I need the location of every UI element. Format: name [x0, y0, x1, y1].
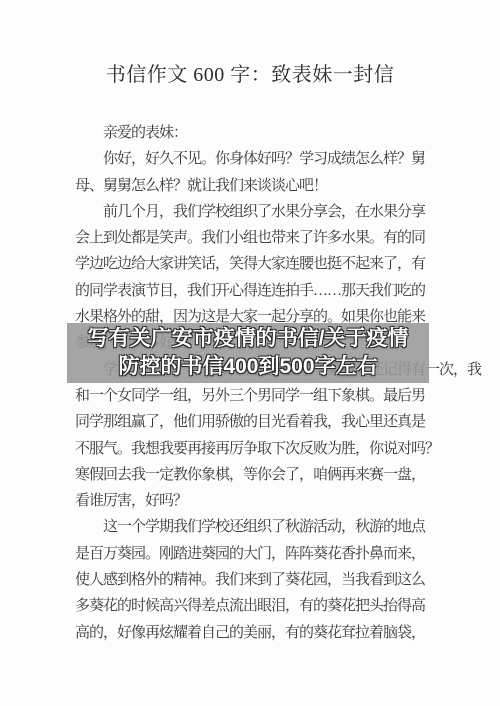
letter-line: 多葵花的时候高兴得差点流出眼泪，有的葵花把头抬得高	[75, 593, 427, 619]
letter-line: 使人感到格外的精神。我们来到了葵花园，当我看到这么	[75, 567, 427, 593]
letter-line: 和一个女同学一组，另外三个男同学一组下象棋。最后男	[75, 383, 427, 409]
watermark-text-line1: 写有关广安市疫情的书信/关于疫情	[88, 325, 409, 353]
letter-line: 学边吃边给大家讲笑话，笑得大家连腰也挺不起来了，有	[75, 251, 427, 277]
watermark-text-line2: 防控的书信400到500字左右	[118, 353, 377, 381]
letter-line: 是百万葵园。刚踏进葵园的大门，阵阵葵花香扑鼻而来，	[75, 541, 427, 567]
document-page: 书信作文 600 字：致表妹一封信 亲爱的表妹：你好，好久不见。你身体好吗？学习…	[0, 0, 500, 706]
letter-line: 会上到处都是笑声。我们小组也带来了许多水果。有的同	[75, 225, 427, 251]
letter-line: 的同学表演节目，我们开心得连连拍手……那天我们吃的	[75, 278, 427, 304]
letter-line: 寒假回去我一定教你象棋，等你会了，咱俩再来赛一盘，	[75, 462, 427, 488]
letter-line: 同学那组赢了，他们用骄傲的目光看着我，我心里还真是	[75, 409, 427, 435]
document-title: 书信作文 600 字：致表妹一封信	[0, 58, 500, 87]
letter-line: 这一个学期我们学校还组织了秋游活动，秋游的地点	[75, 514, 427, 540]
watermark-overlay: 写有关广安市疫情的书信/关于疫情 防控的书信400到500字左右	[67, 323, 429, 383]
letter-line: 你好，好久不见。你身体好吗？学习成绩怎么样？舅	[75, 146, 427, 172]
letter-line: 亲爱的表妹：	[75, 120, 427, 146]
letter-line: 看谁厉害，好吗？	[75, 488, 427, 514]
letter-line: 母、舅舅怎么样？就让我们来谈谈心吧！	[75, 173, 427, 199]
letter-line: 前几个月，我们学校组织了水果分享会，在水果分享	[75, 199, 427, 225]
letter-line: 不服气。我想我要再接再厉争取下次反败为胜，你说对吗？	[75, 436, 427, 462]
letter-line: 高的，好像再炫耀着自己的美丽，有的葵花耷拉着脑袋，	[75, 620, 427, 646]
